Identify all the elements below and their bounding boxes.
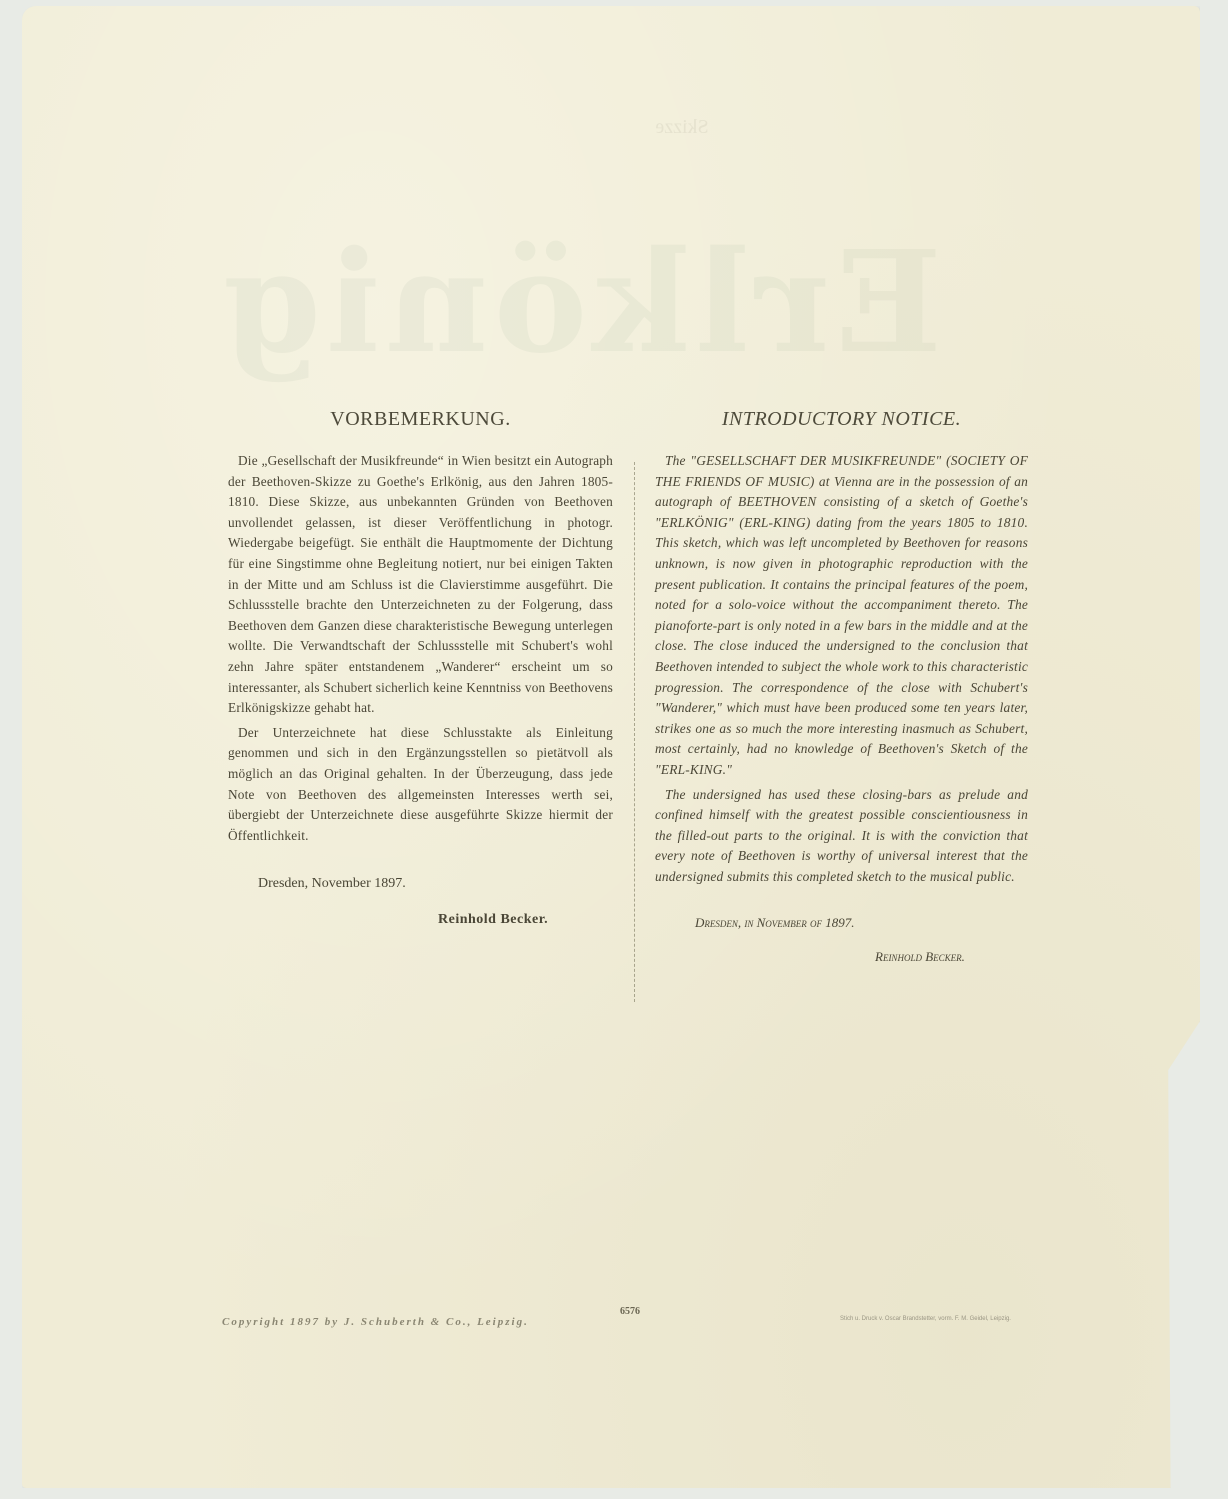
english-notice: INTRODUCTORY NOTICE. The "GESELLSCHAFT D… bbox=[655, 400, 1028, 965]
show-through-subtitle: Skizze bbox=[582, 116, 782, 139]
german-signature: Reinhold Becker. bbox=[438, 912, 613, 928]
german-paragraph-2: Der Unterzeichnete hat diese Schlusstakt… bbox=[228, 723, 613, 847]
english-heading: INTRODUCTORY NOTICE. bbox=[655, 408, 1028, 431]
plate-number: 6576 bbox=[620, 1306, 640, 1317]
german-paragraph-1: Die „Gesellschaft der Musikfreunde“ in W… bbox=[228, 451, 613, 719]
printer-credit: Stich u. Druck v. Oscar Brandstetter, vo… bbox=[840, 1316, 1011, 1322]
english-place-date: Dresden, in November of 1897. bbox=[695, 915, 1028, 931]
show-through-title: Erlkönig bbox=[382, 221, 942, 385]
english-paragraph-2: The undersigned has used these closing-b… bbox=[655, 785, 1028, 888]
english-signature: Reinhold Becker. bbox=[875, 949, 1028, 965]
english-paragraph-1: The "GESELLSCHAFT DER MUSIKFREUNDE" (SOC… bbox=[655, 451, 1028, 781]
german-heading: VORBEMERKUNG. bbox=[228, 408, 613, 431]
column-divider bbox=[634, 462, 635, 1002]
copyright-notice: Copyright 1897 by J. Schuberth & Co., Le… bbox=[222, 1316, 529, 1328]
german-preface: VORBEMERKUNG. Die „Gesellschaft der Musi… bbox=[228, 400, 613, 928]
german-place-date: Dresden, November 1897. bbox=[258, 876, 613, 892]
